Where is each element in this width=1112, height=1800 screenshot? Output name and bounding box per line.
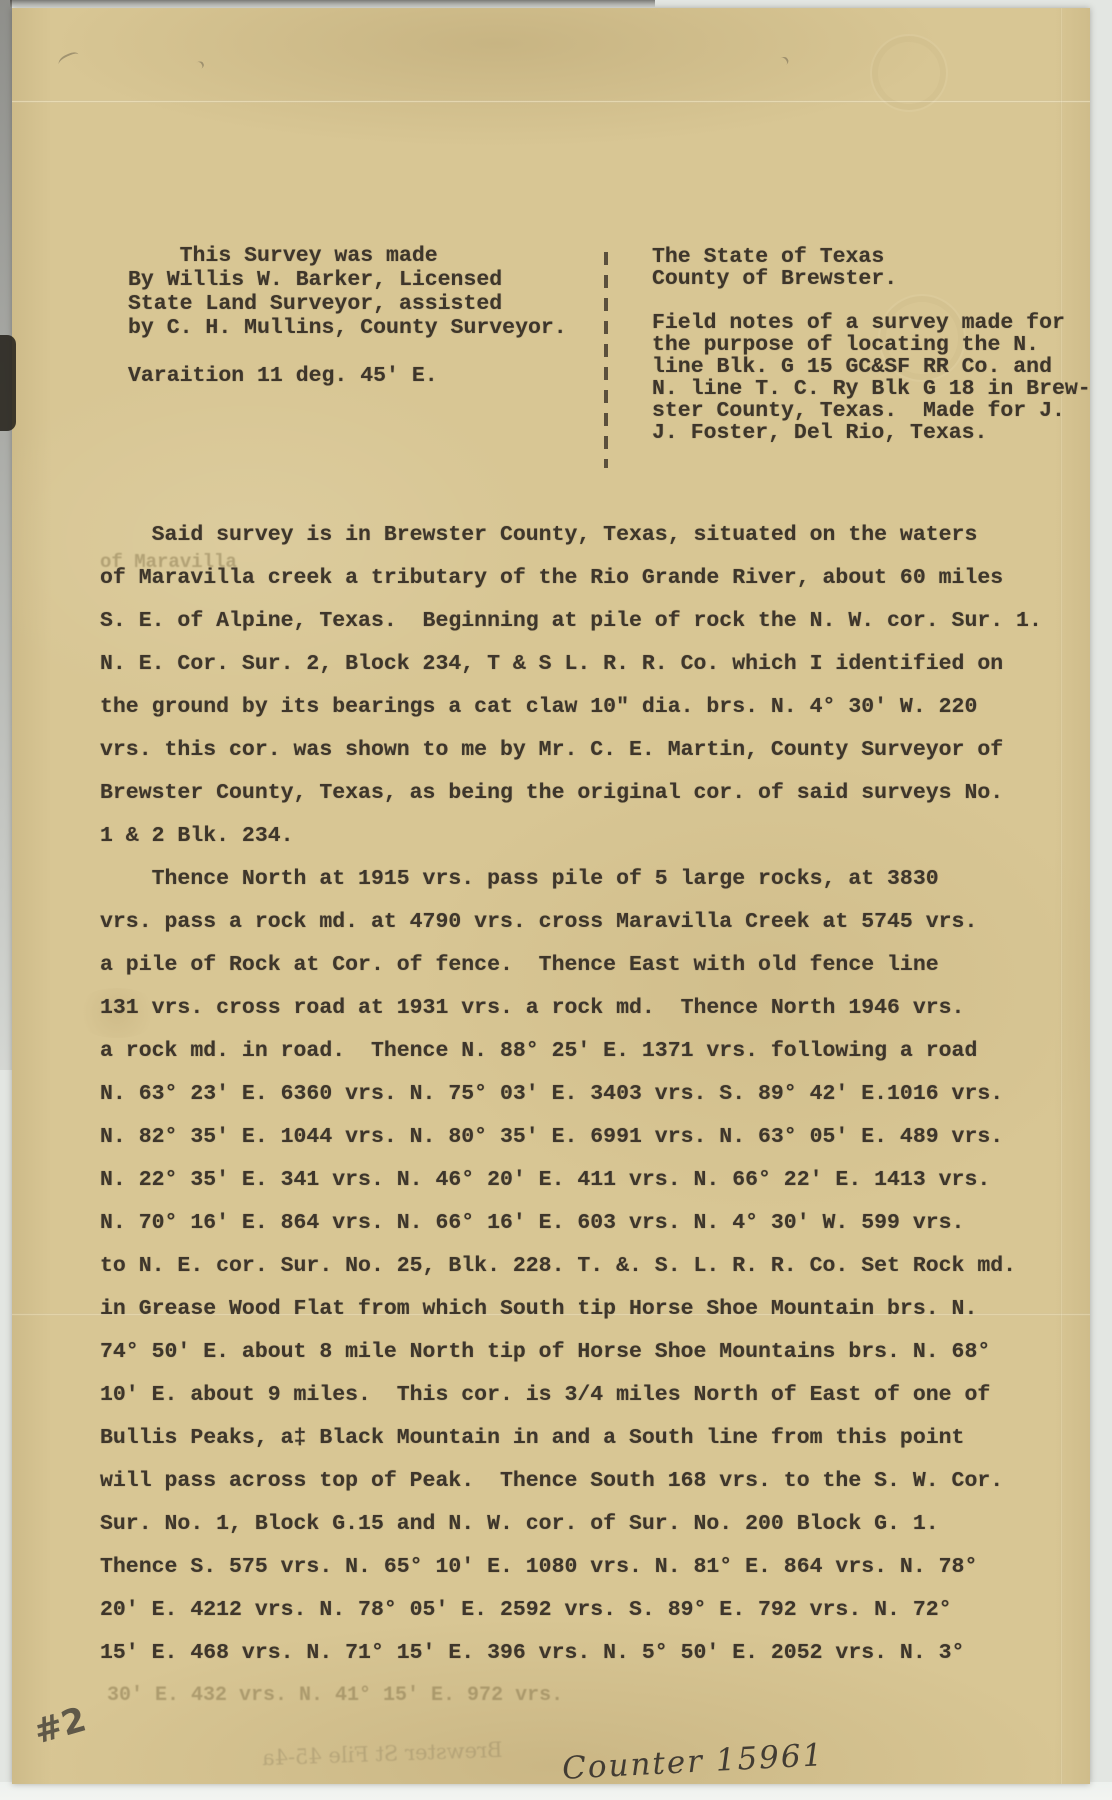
caption-line: The State of Texas bbox=[652, 246, 1091, 268]
body-line: 20' E. 4212 vrs. N. 78° 05' E. 2592 vrs.… bbox=[100, 1589, 1042, 1632]
pencil-scribble bbox=[57, 50, 82, 70]
body-line: will pass across top of Peak. Thence Sou… bbox=[100, 1460, 1042, 1503]
body-line: Sur. No. 1, Block G.15 and N. W. cor. of… bbox=[100, 1503, 1042, 1546]
body-line: 10' E. about 9 miles. This cor. is 3/4 m… bbox=[100, 1374, 1042, 1417]
body-line: N. E. Cor. Sur. 2, Block 234, T & S L. R… bbox=[100, 643, 1042, 686]
embossed-seal-ring bbox=[870, 34, 948, 112]
caption-line: ster County, Texas. Made for J. bbox=[652, 400, 1091, 422]
jurisdiction-and-caption-block: The State of TexasCounty of Brewster.Fie… bbox=[652, 246, 1091, 444]
body-line: 74° 50' E. about 8 mile North tip of Hor… bbox=[100, 1331, 1042, 1374]
body-line: Brewster County, Texas, as being the ori… bbox=[100, 772, 1042, 815]
attribution-line: by C. H. Mullins, County Surveyor. bbox=[128, 316, 567, 340]
body-line: a rock md. in road. Thence N. 88° 25' E.… bbox=[100, 1030, 1042, 1073]
caption-line: line Blk. G 15 GC&SF RR Co. and bbox=[652, 356, 1091, 378]
body-line: of Maravilla creek a tributary of the Ri… bbox=[100, 557, 1042, 600]
body-line: the ground by its bearings a cat claw 10… bbox=[100, 686, 1042, 729]
caption-line bbox=[652, 290, 1091, 312]
caption-line: County of Brewster. bbox=[652, 268, 1091, 290]
attribution-line: Varaition 11 deg. 45' E. bbox=[128, 364, 567, 388]
body-line: Thence S. 575 vrs. N. 65° 10' E. 1080 vr… bbox=[100, 1546, 1042, 1589]
body-line: 1 & 2 Blk. 234. bbox=[100, 815, 1042, 858]
body-line: N. 63° 23' E. 6360 vrs. N. 75° 03' E. 34… bbox=[100, 1073, 1042, 1116]
ghost-offset-text: of Maravilla bbox=[100, 551, 237, 573]
attribution-line bbox=[128, 340, 567, 364]
scan-edge-shadow-left bbox=[0, 0, 12, 1070]
body-line: N. 82° 35' E. 1044 vrs. N. 80° 35' E. 69… bbox=[100, 1116, 1042, 1159]
scan-edge-shadow-top bbox=[10, 0, 655, 7]
attribution-line: By Willis W. Barker, Licensed bbox=[128, 268, 567, 292]
pencil-scribble bbox=[191, 60, 205, 73]
ghost-offset-line: 30' E. 432 vrs. N. 41° 15' E. 972 vrs. bbox=[107, 1684, 563, 1707]
body-line: S. E. of Alpine, Texas. Beginning at pil… bbox=[100, 600, 1042, 643]
body-line: in Grease Wood Flat from which South tip… bbox=[100, 1288, 1042, 1331]
caption-line: Field notes of a survey made for bbox=[652, 312, 1091, 334]
attribution-line: This Survey was made bbox=[128, 244, 567, 268]
caption-line: N. line T. C. Ry Blk G 18 in Brew- bbox=[652, 378, 1091, 400]
field-notes-body: Said survey is in Brewster County, Texas… bbox=[100, 514, 1042, 1675]
body-line: vrs. this cor. was shown to me by Mr. C.… bbox=[100, 729, 1042, 772]
typed-dashed-divider bbox=[604, 252, 608, 468]
attribution-line: State Land Surveyor, assisted bbox=[128, 292, 567, 316]
body-line: to N. E. cor. Sur. No. 25, Blk. 228. T. … bbox=[100, 1245, 1042, 1288]
body-line: a pile of Rock at Cor. of fence. Thence … bbox=[100, 944, 1042, 987]
body-line: vrs. pass a rock md. at 4790 vrs. cross … bbox=[100, 901, 1042, 944]
body-line: N. 22° 35' E. 341 vrs. N. 46° 20' E. 411… bbox=[100, 1159, 1042, 1202]
body-line: N. 70° 16' E. 864 vrs. N. 66° 16' E. 603… bbox=[100, 1202, 1042, 1245]
torn-edge-mark bbox=[0, 335, 16, 431]
scanned-document: This Survey was madeBy Willis W. Barker,… bbox=[0, 0, 1112, 1800]
caption-line: the purpose of locating the N. bbox=[652, 334, 1091, 356]
surveyor-attribution-block: This Survey was madeBy Willis W. Barker,… bbox=[128, 244, 567, 388]
caption-line: J. Foster, Del Rio, Texas. bbox=[652, 422, 1091, 444]
body-line: Said survey is in Brewster County, Texas… bbox=[100, 514, 1042, 557]
pencil-scribble bbox=[775, 55, 790, 69]
body-line: 15' E. 468 vrs. N. 71° 15' E. 396 vrs. N… bbox=[100, 1632, 1042, 1675]
body-line: Bullis Peaks, a‡ Black Mountain in and a… bbox=[100, 1417, 1042, 1460]
body-line: Thence North at 1915 vrs. pass pile of 5… bbox=[100, 858, 1042, 901]
body-line: 131 vrs. cross road at 1931 vrs. a rock … bbox=[100, 987, 1042, 1030]
